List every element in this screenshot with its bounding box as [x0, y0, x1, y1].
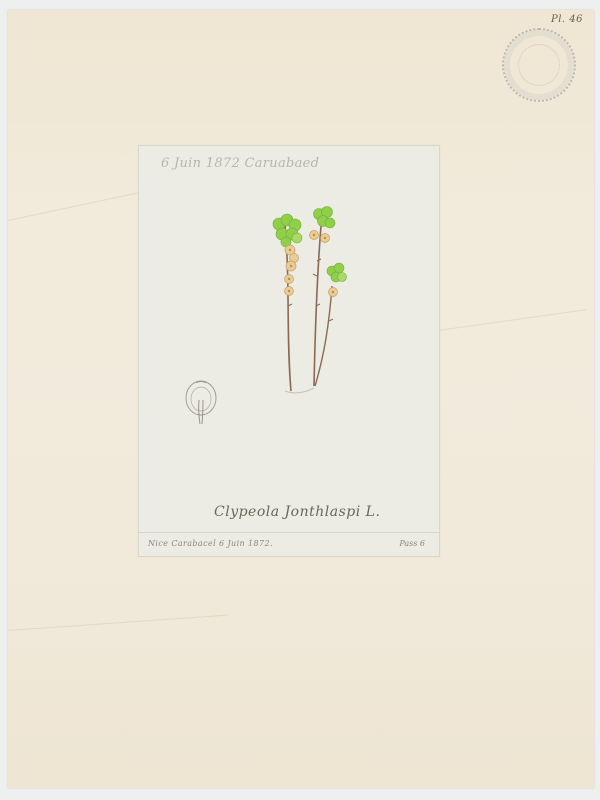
plant-drawing-icon [139, 146, 439, 406]
herbarium-stamp-icon [502, 28, 576, 102]
collector-location-date: Nice Carabacel 6 Juin 1872. [148, 539, 273, 548]
plate-reference: Pass 6 [399, 539, 425, 548]
botanical-plate: 6 Juin 1872 Caruabaed [138, 145, 440, 557]
paper-crease [438, 309, 587, 331]
plate-divider [139, 532, 439, 533]
species-name: Clypeola Jonthlaspi L. [214, 504, 380, 520]
silicle-detail-drawing-icon [181, 378, 221, 430]
plate-number: Pl. 46 [551, 14, 583, 25]
paper-crease [8, 615, 228, 631]
